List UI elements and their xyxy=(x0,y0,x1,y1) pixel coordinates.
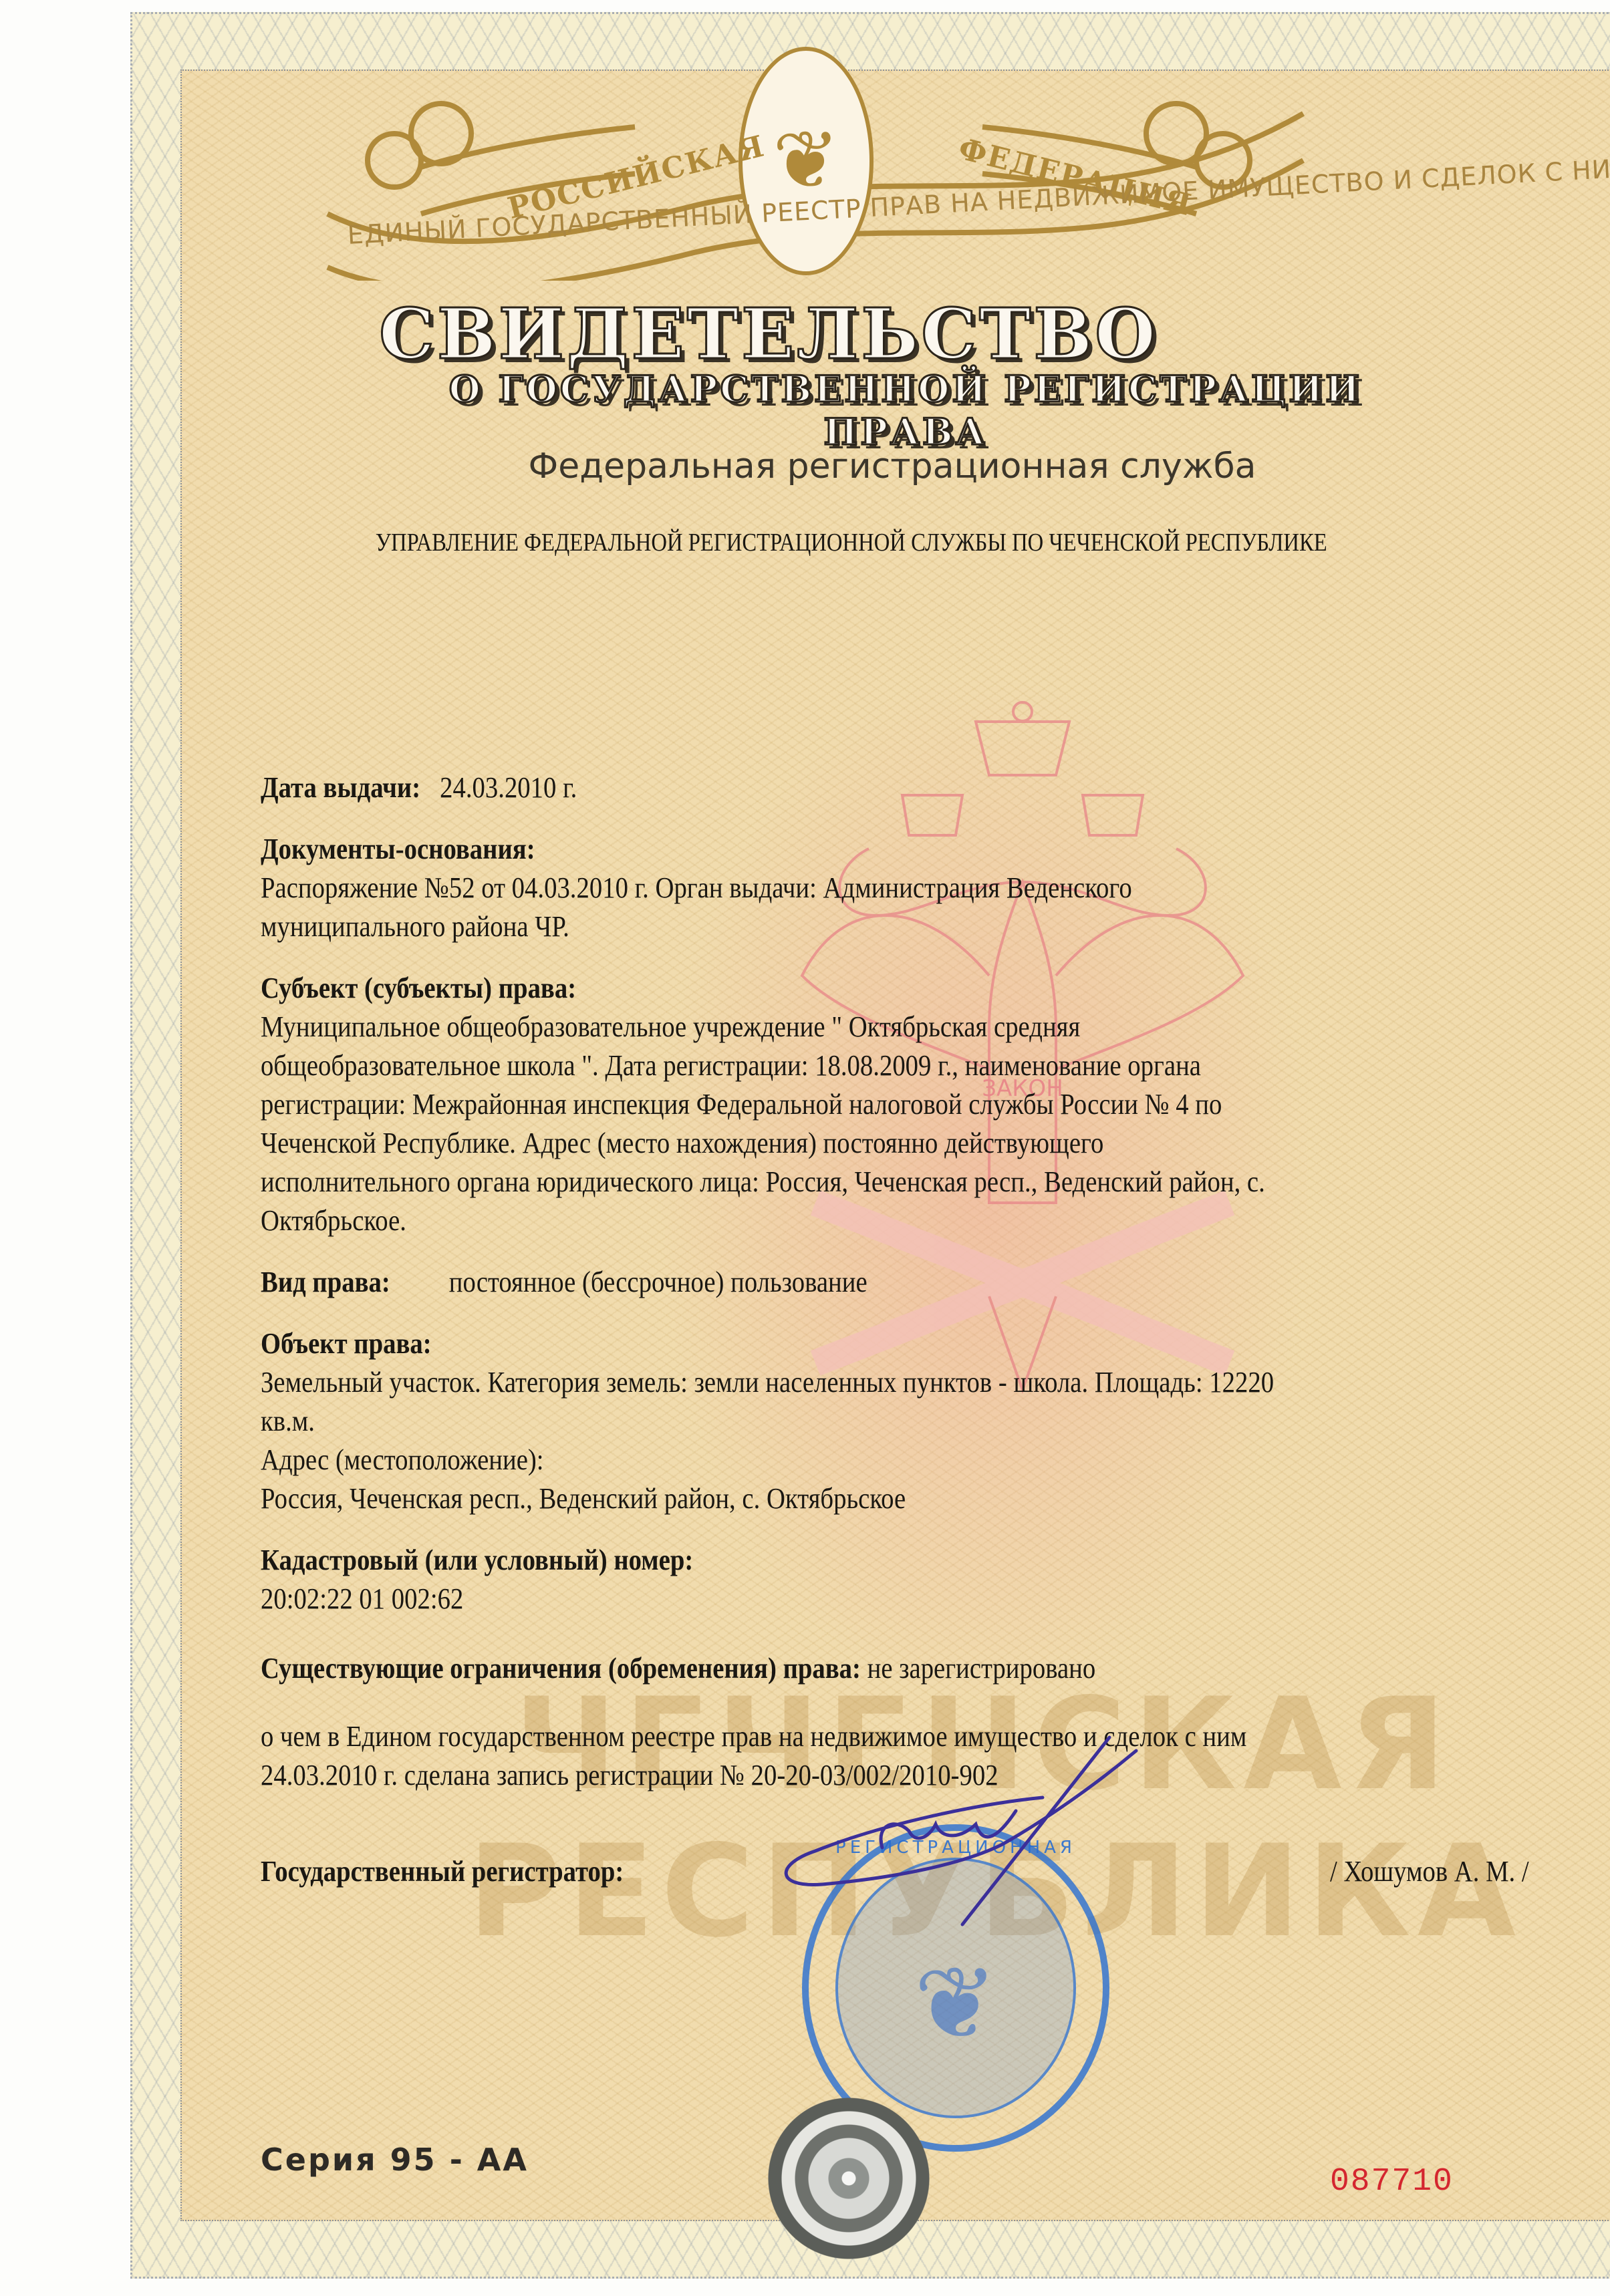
subject-line: общеобразовательное школа ". Дата регист… xyxy=(261,1046,1201,1085)
document-title: СВИДЕТЕЛЬСТВО xyxy=(261,293,1277,375)
right-type-label: Вид права: xyxy=(261,1266,390,1298)
issue-date-row: Дата выдачи: 24.03.2010 г. xyxy=(261,768,620,807)
base-documents-label-row: Документы-основания: xyxy=(261,830,573,869)
object-line: Земельный участок. Категория земель: зем… xyxy=(261,1363,1274,1402)
document-subtitle: О ГОСУДАРСТВЕННОЙ РЕГИСТРАЦИИ ПРАВА xyxy=(428,368,1383,453)
registrar-label: Государственный регистратор: xyxy=(261,1852,624,1891)
object-line: кв.м. xyxy=(261,1402,315,1441)
base-documents-line: муниципального района ЧР. xyxy=(261,907,569,946)
encumbrances-row: Существующие ограничения (обременения) п… xyxy=(261,1649,1210,1688)
subject-line: Чеченской Республике. Адрес (место нахож… xyxy=(261,1124,1103,1163)
double-headed-eagle-icon: ❦ xyxy=(773,121,840,201)
department-name: УПРАВЛЕНИЕ ФЕДЕРАЛЬНОЙ РЕГИСТРАЦИОННОЙ С… xyxy=(374,528,1329,557)
right-type-row: Вид права:постоянное (бессрочное) пользо… xyxy=(261,1263,950,1302)
agency-name: Федеральная регистрационная служба xyxy=(481,446,1303,486)
subject-line: Октябрьское. xyxy=(261,1201,406,1240)
object-label: Объект права: xyxy=(261,1324,432,1363)
base-documents-line: Распоряжение №52 от 04.03.2010 г. Орган … xyxy=(261,869,1132,907)
registrar-signature xyxy=(762,1731,1230,1931)
cadastral-number: 20:02:22 01 002:62 xyxy=(261,1580,463,1618)
subject-label: Субъект (субъекты) права: xyxy=(261,969,576,1008)
issue-date-label: Дата выдачи: xyxy=(261,771,420,804)
security-rosette xyxy=(755,2085,942,2272)
object-line: Адрес (местоположение): xyxy=(261,1441,544,1479)
issue-date-value: 24.03.2010 г. xyxy=(440,771,577,804)
base-documents-label: Документы-основания: xyxy=(261,830,535,869)
subject-line: регистрации: Межрайонная инспекция Федер… xyxy=(261,1085,1222,1124)
seal-eagle-icon: ❦ xyxy=(914,1946,998,2062)
subject-line: исполнительного органа юридического лица… xyxy=(261,1163,1265,1201)
encumbrances-label: Существующие ограничения (обременения) п… xyxy=(261,1652,861,1685)
encumbrances-value: не зарегистрировано xyxy=(867,1652,1096,1685)
object-line: Россия, Чеченская респ., Веденский район… xyxy=(261,1479,906,1518)
registrar-name: / Хошумов А. М. / xyxy=(1330,1852,1529,1891)
subject-line: Муниципальное общеобразовательное учрежд… xyxy=(261,1008,1080,1046)
series-number: Серия 95 - АА xyxy=(261,2142,529,2178)
serial-number: 087710 xyxy=(1330,2164,1454,2200)
right-type-value: постоянное (бессрочное) пользование xyxy=(449,1266,867,1298)
cadastral-label: Кадастровый (или условный) номер: xyxy=(261,1541,693,1580)
